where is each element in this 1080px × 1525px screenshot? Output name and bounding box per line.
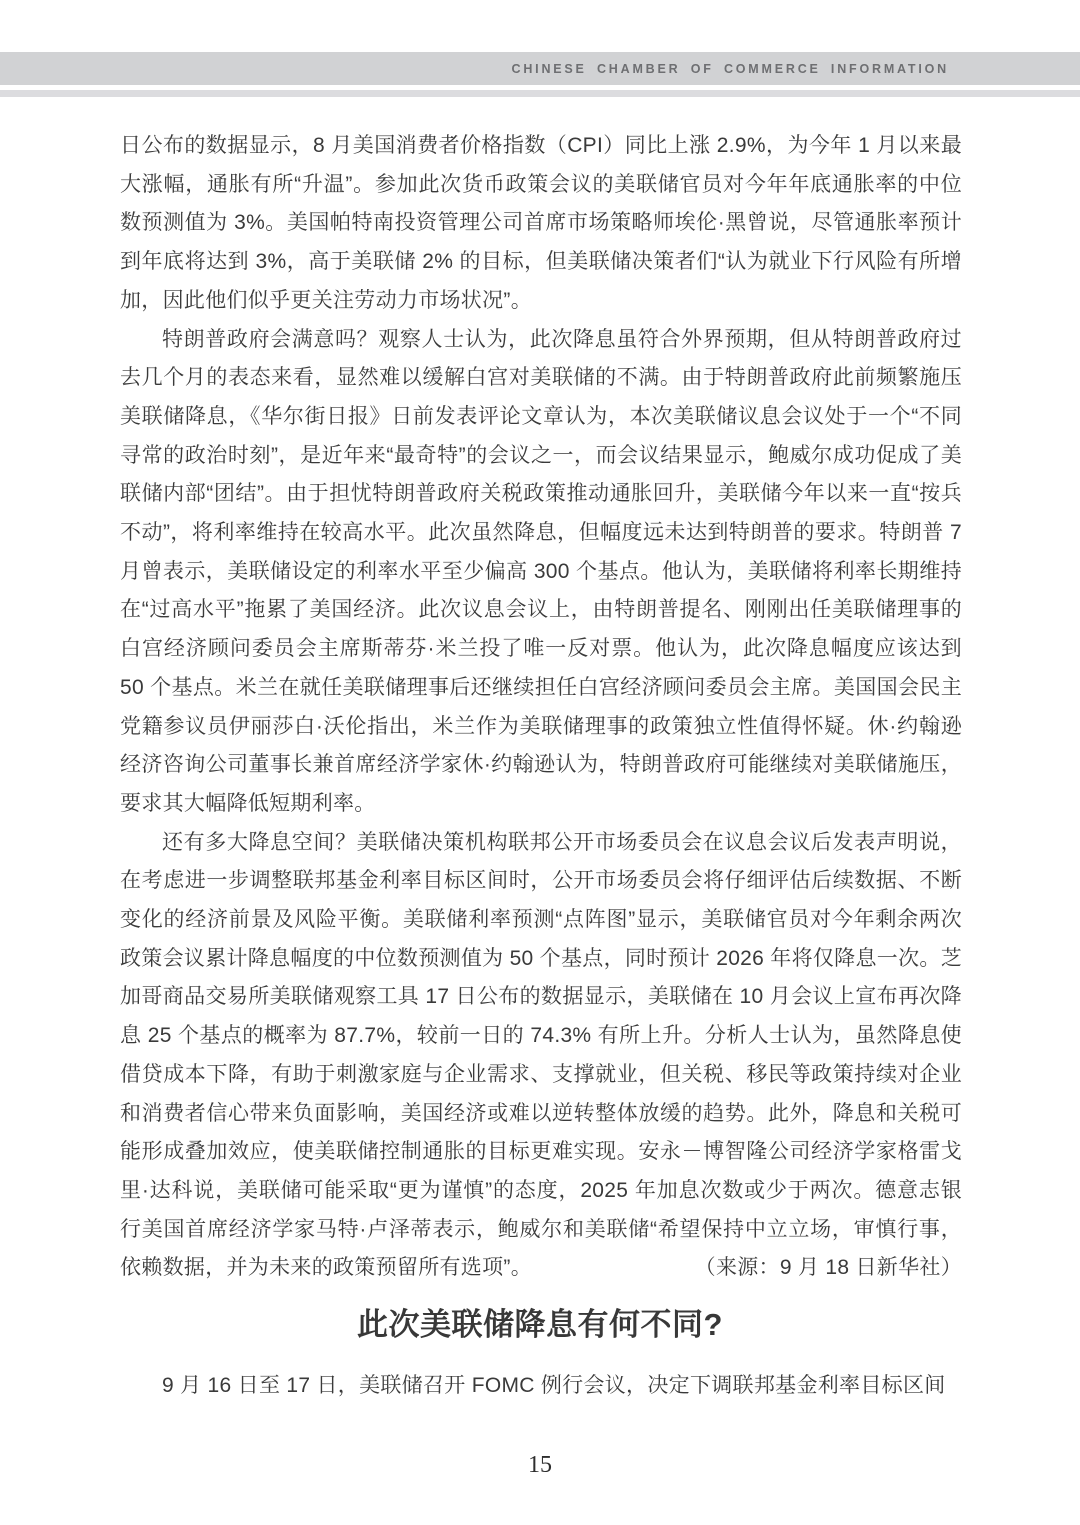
header-banner: CHINESE CHAMBER OF COMMERCE INFORMATION: [0, 52, 1080, 85]
header-banner-text: CHINESE CHAMBER OF COMMERCE INFORMATION: [512, 62, 949, 76]
source-attribution: （来源：9 月 18 日新华社）: [695, 1249, 962, 1288]
page-number: 15: [0, 1452, 1080, 1479]
article-paragraph-3-wrapper: 还有多大降息空间？美联储决策机构联邦公开市场委员会在议息会议后发表声明说，在考虑…: [120, 824, 962, 1288]
section-first-paragraph-wrapper: 9 月 16 日至 17 日，美联储召开 FOMC 例行会议，决定下调联邦基金利…: [120, 1367, 962, 1406]
article-paragraph-3: 还有多大降息空间？美联储决策机构联邦公开市场委员会在议息会议后发表声明说，在考虑…: [120, 824, 962, 1288]
section-first-paragraph: 9 月 16 日至 17 日，美联储召开 FOMC 例行会议，决定下调联邦基金利…: [120, 1367, 962, 1406]
article-body: 日公布的数据显示，8 月美国消费者价格指数（CPI）同比上涨 2.9%，为今年 …: [120, 127, 962, 1288]
header-divider: [0, 90, 1080, 97]
article-paragraph-1: 日公布的数据显示，8 月美国消费者价格指数（CPI）同比上涨 2.9%，为今年 …: [120, 127, 962, 321]
article-paragraph-2: 特朗普政府会满意吗？观察人士认为，此次降息虽符合外界预期，但从特朗普政府过去几个…: [120, 321, 962, 824]
section-title: 此次美联储降息有何不同?: [0, 1303, 1080, 1347]
